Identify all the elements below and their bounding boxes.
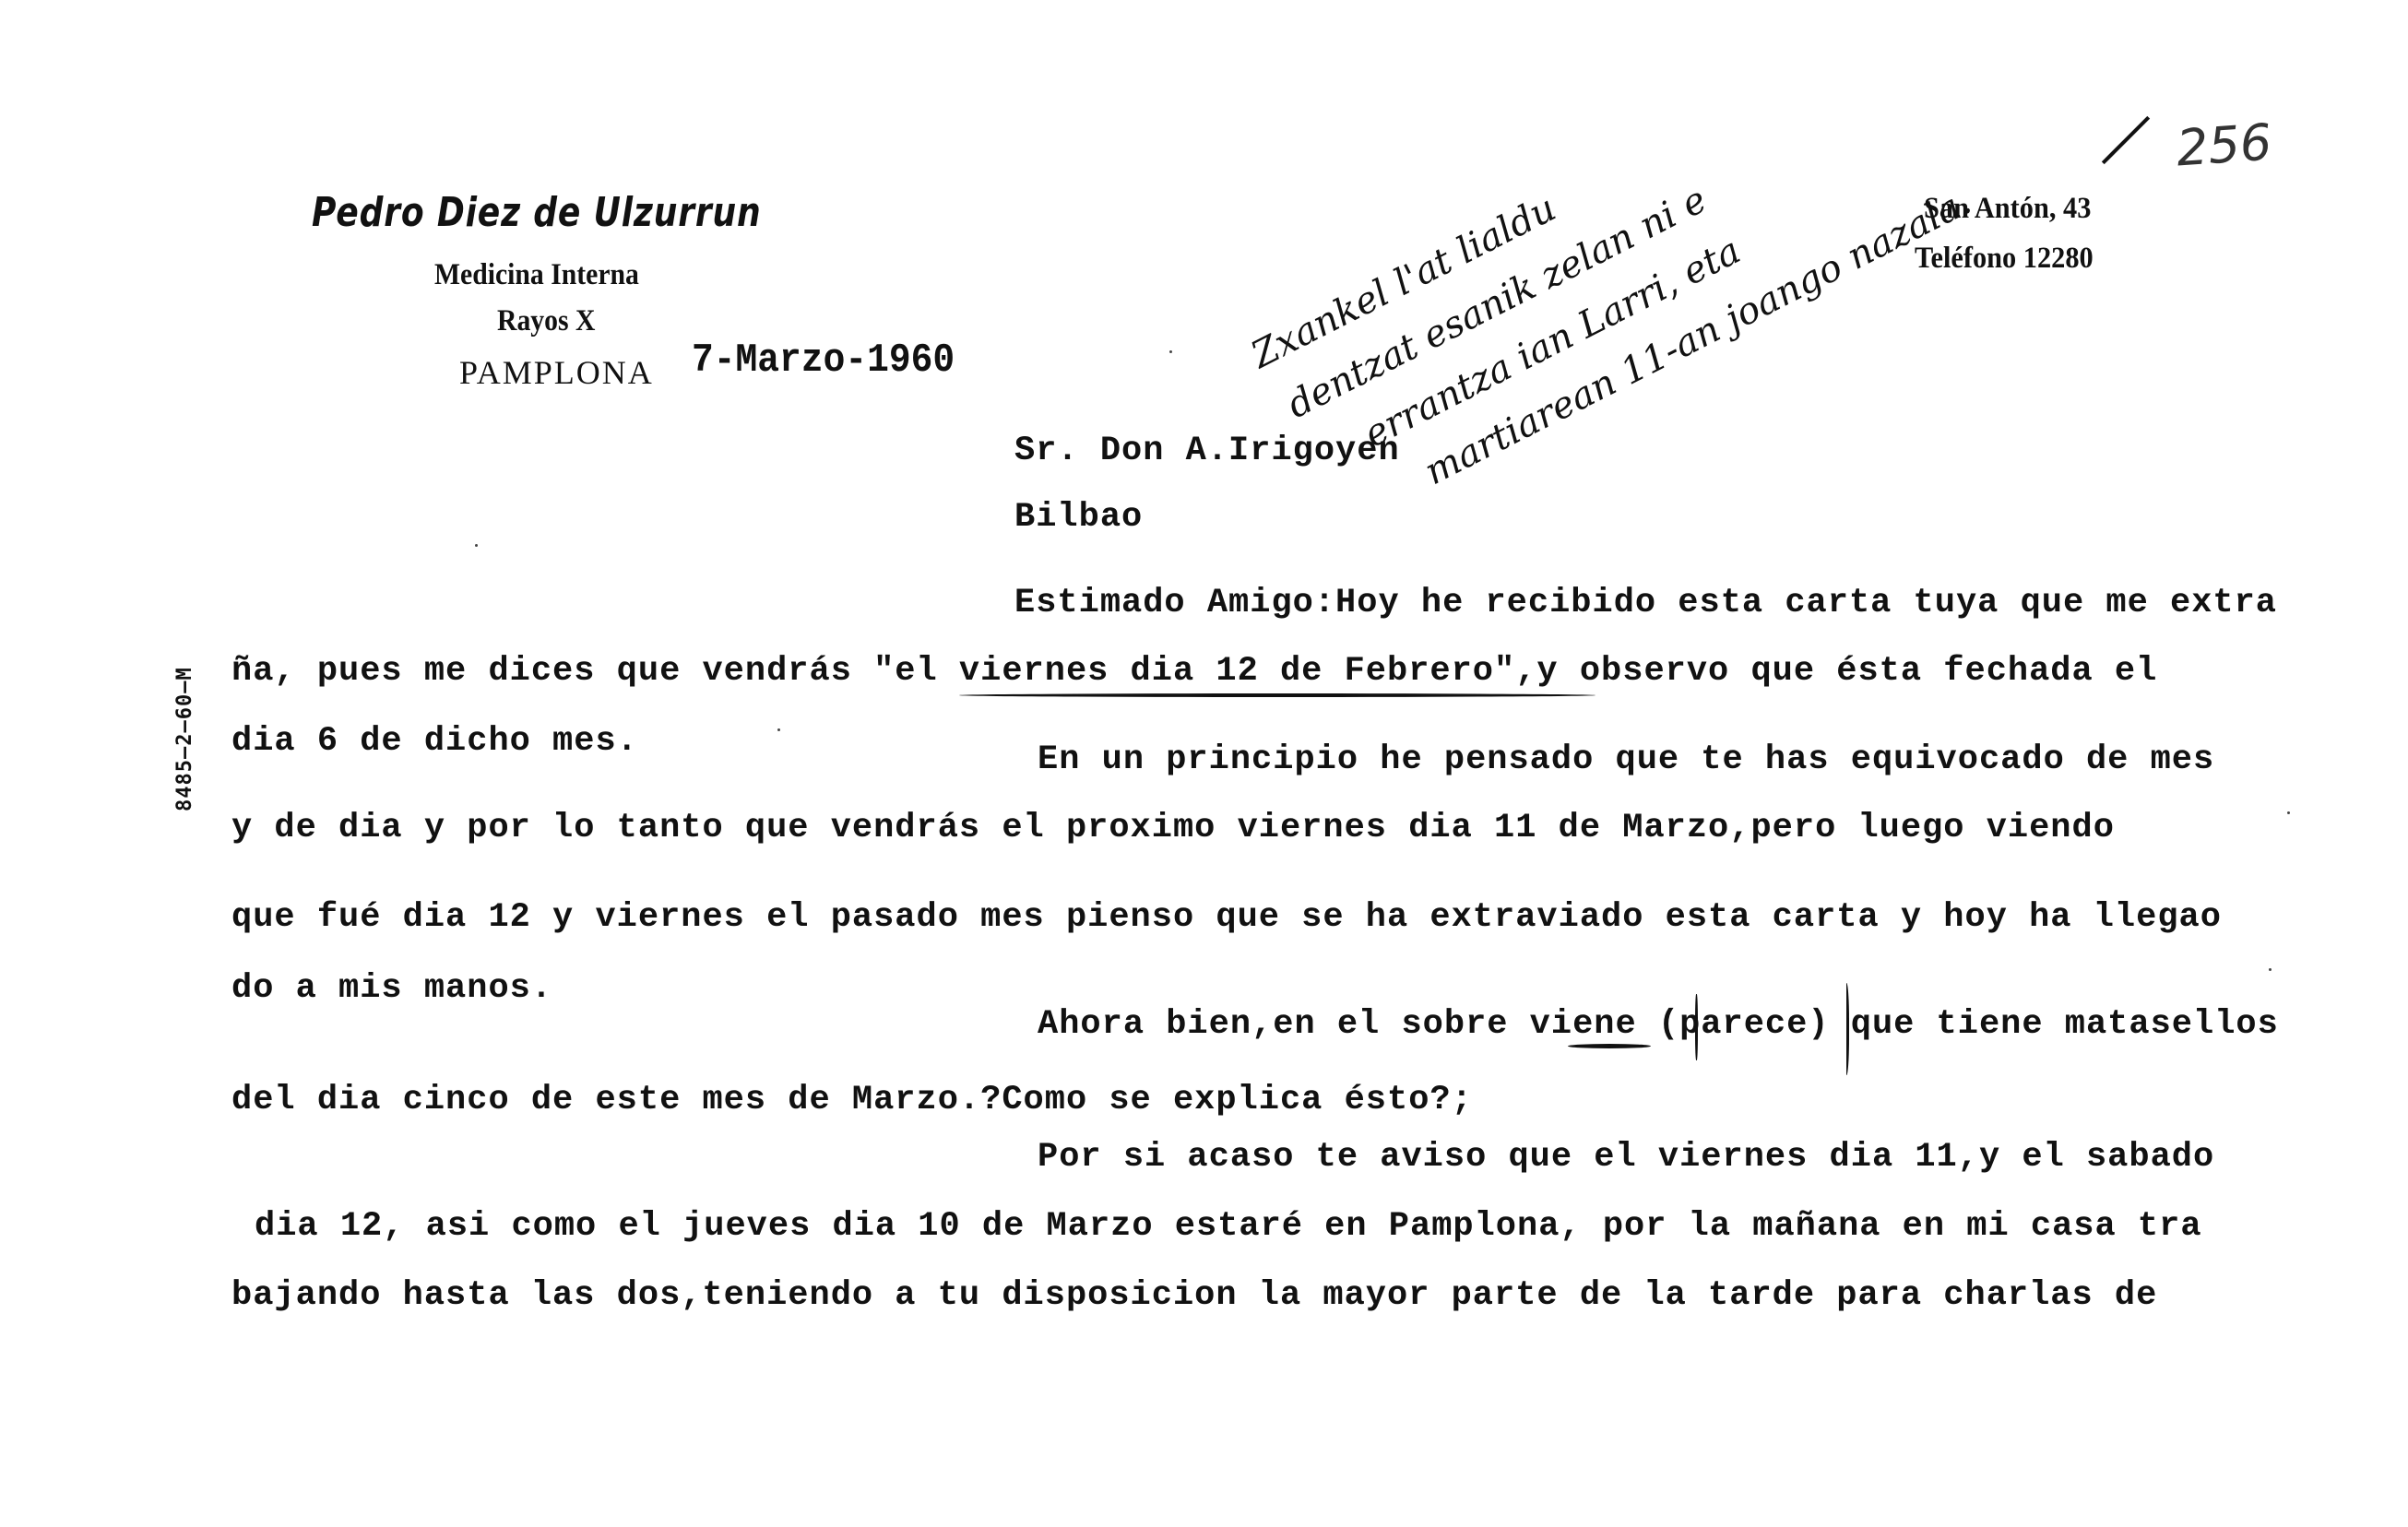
- handwritten-paren-left: [1695, 994, 1698, 1060]
- reference-number: 256: [2175, 112, 2273, 177]
- scan-speck: [777, 728, 780, 731]
- recipient-city: Bilbao: [1014, 498, 1143, 537]
- letterhead-city: PAMPLONA: [459, 353, 654, 392]
- handwritten-signature-stroke: [2102, 116, 2150, 164]
- body-line: dia 6 de dicho mes.: [231, 722, 638, 761]
- letterhead-name: Pedro Diez de Ulzurrun: [312, 189, 761, 236]
- letterhead-specialty: Medicina Interna: [434, 258, 639, 292]
- body-line: En un principio he pensado que te has eq…: [1038, 740, 2214, 779]
- body-line: Ahora bien,en el sobre viene (parece) qu…: [1038, 1005, 2279, 1044]
- body-line: y de dia y por lo tanto que vendrás el p…: [231, 809, 2115, 847]
- scan-speck: [2269, 968, 2272, 971]
- margin-print-code: 8485—2—60—M: [173, 667, 196, 811]
- handwritten-paren-right: [1843, 983, 1849, 1075]
- letter-date: 7-Marzo-1960: [692, 337, 955, 384]
- body-line: Por si acaso te aviso que el viernes dia…: [1038, 1138, 2214, 1177]
- body-line: Estimado Amigo:Hoy he recibido esta cart…: [1014, 584, 2277, 622]
- handwritten-underline: [959, 693, 1595, 697]
- letterhead-specialty-xray: Rayos X: [497, 304, 595, 338]
- scan-speck: [2287, 811, 2290, 814]
- body-line: que fué dia 12 y viernes el pasado mes p…: [231, 898, 2222, 937]
- body-line: ña, pues me dices que vendrás "el vierne…: [231, 652, 2157, 691]
- body-line: do a mis manos.: [231, 969, 552, 1008]
- body-line: bajando hasta las dos,teniendo a tu disp…: [231, 1276, 2157, 1315]
- scan-speck: [1169, 350, 1172, 353]
- body-line: del dia cinco de este mes de Marzo.?Como…: [231, 1081, 1473, 1119]
- scan-speck: [475, 544, 478, 547]
- handwritten-underline-viene: [1568, 1044, 1651, 1048]
- recipient-name: Sr. Don A.Irigoyen: [1014, 432, 1400, 470]
- body-line: dia 12, asi como el jueves dia 10 de Mar…: [255, 1207, 2202, 1246]
